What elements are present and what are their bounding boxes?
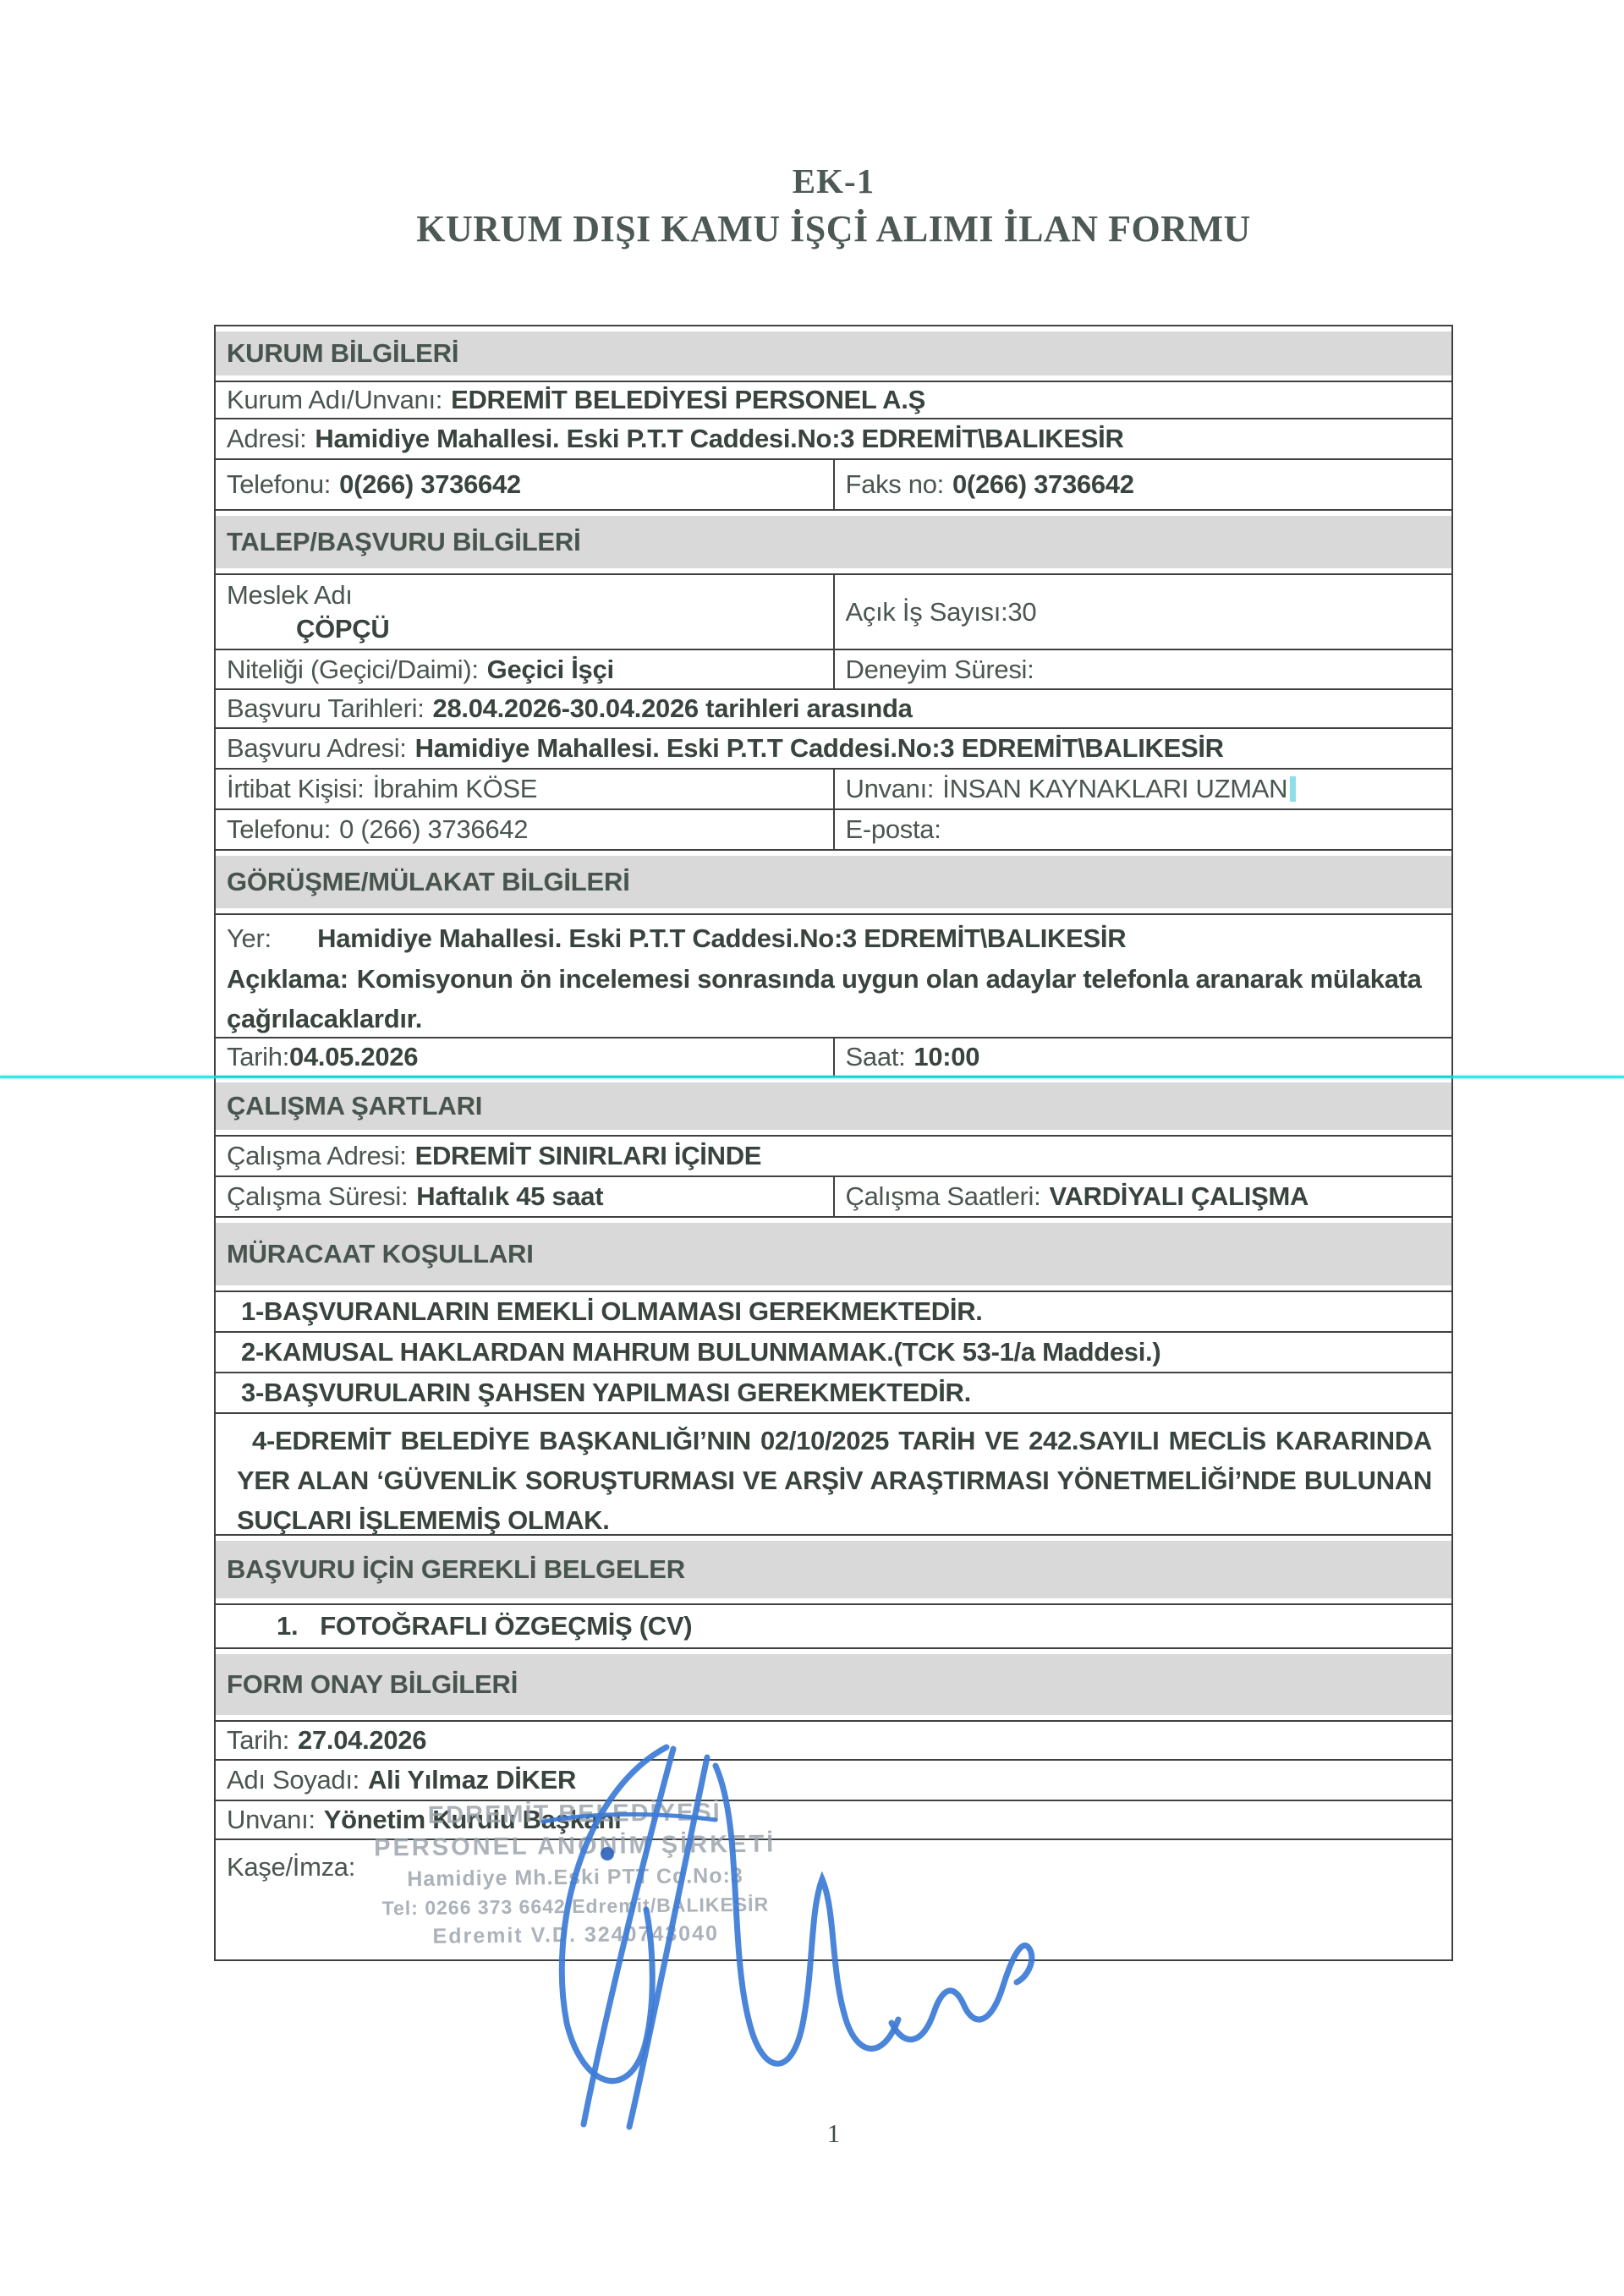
section-header-talep-basvuru: TALEP/BAŞVURU BİLGİLERİ: [216, 509, 1451, 573]
stamp-line: PERSONEL ANONİM ŞİRKETİ: [312, 1827, 837, 1865]
row-kurum-adi: Kurum Adı/Unvanı: EDREMİT BELEDİYESİ PER…: [216, 381, 1451, 418]
deneyim-label: Deneyim Süresi:: [846, 655, 1034, 685]
scan-artifact-caret: [1290, 776, 1296, 802]
row-muracaat-item-4: 4-EDREMİT BELEDİYE BAŞKANLIĞI’NIN 02/10/…: [216, 1412, 1451, 1534]
form-table: KURUM BİLGİLERİ Kurum Adı/Unvanı: EDREMİ…: [214, 325, 1453, 1961]
section-title: KURUM BİLGİLERİ: [227, 338, 458, 369]
telefon-label: Telefonu:: [227, 814, 331, 845]
row-adi-soyadi: Adı Soyadı: Ali Yılmaz DİKER: [216, 1759, 1451, 1800]
section-header-muracaat: MÜRACAAT KOŞULLARI: [216, 1216, 1451, 1290]
row-onay-tarih: Tarih: 27.04.2026: [216, 1720, 1451, 1759]
form-code-title: EK-1: [214, 161, 1453, 201]
calisma-saatleri-label: Çalışma Saatleri:: [846, 1181, 1041, 1212]
niteligi-value: Geçici İşçi: [487, 655, 614, 685]
section-header-kurum-bilgileri: KURUM BİLGİLERİ: [216, 326, 1451, 381]
stamp-line: Tel: 0266 373 6642 Edremit/BALIKESİR: [313, 1890, 837, 1923]
calisma-adresi-label: Çalışma Adresi:: [227, 1141, 407, 1171]
row-telefon-eposta: Telefonu: 0 (266) 3736642 E-posta:: [216, 808, 1451, 849]
basvuru-adresi-value: Hamidiye Mahallesi. Eski P.T.T Caddesi.N…: [415, 733, 1224, 764]
basvuru-tarihleri-label: Başvuru Tarihleri:: [227, 693, 425, 724]
row-telefon-faks: Telefonu: 0(266) 3736642 Faks no: 0(266)…: [216, 458, 1451, 509]
basvuru-adresi-label: Başvuru Adresi:: [227, 733, 407, 764]
row-basvuru-adresi: Başvuru Adresi: Hamidiye Mahallesi. Eski…: [216, 727, 1451, 768]
telefonu-value: 0(266) 3736642: [339, 469, 521, 500]
belge-item-number: 1.: [277, 1611, 298, 1641]
section-title: BAŞVURU İÇİN GEREKLİ BELGELER: [227, 1554, 685, 1585]
telefon-value: 0 (266) 3736642: [339, 814, 528, 845]
row-basvuru-tarihleri: Başvuru Tarihleri: 28.04.2026-30.04.2026…: [216, 688, 1451, 727]
section-header-form-onay: FORM ONAY BİLGİLERİ: [216, 1647, 1451, 1720]
company-stamp: EDREMİT BELEDİYESİ PERSONEL ANONİM ŞİRKE…: [312, 1795, 838, 1952]
row-muracaat-item-1: 1-BAŞVURANLARIN EMEKLİ OLMAMASI GEREKMEK…: [216, 1290, 1451, 1331]
row-niteligi-deneyim: Niteliği (Geçici/Daimi): Geçici İşçi Den…: [216, 649, 1451, 688]
adi-soyadi-value: Ali Yılmaz DİKER: [368, 1765, 576, 1795]
unvan-label: Unvanı:: [846, 774, 935, 804]
niteligi-label: Niteliği (Geçici/Daimi):: [227, 655, 479, 685]
unvan-value: İNSAN KAYNAKLARI UZMANI: [942, 774, 1294, 804]
section-title: ÇALIŞMA ŞARTLARI: [227, 1091, 482, 1121]
faks-label: Faks no:: [846, 469, 944, 500]
stamp-line: Edremit V.D. 3240743040: [314, 1918, 838, 1952]
faks-value: 0(266) 3736642: [952, 469, 1134, 500]
row-adresi: Adresi: Hamidiye Mahallesi. Eski P.T.T C…: [216, 418, 1451, 458]
yer-label: Yer:: [227, 923, 272, 953]
aciklama-label: Açıklama:: [227, 964, 348, 994]
row-irtibat-unvan: İrtibat Kişisi: İbrahim KÖSE Unvanı: İNS…: [216, 768, 1451, 808]
onay-tarih-label: Tarih:: [227, 1725, 289, 1756]
adi-soyadi-label: Adı Soyadı:: [227, 1765, 359, 1795]
row-tarih-saat: Tarih: 04.05.2026 Saat: 10:00: [216, 1037, 1451, 1076]
section-title: GÖRÜŞME/MÜLAKAT BİLGİLERİ: [227, 867, 630, 897]
stamp-line: EDREMİT BELEDİYESİ: [312, 1795, 837, 1833]
row-calisma-suresi-saatleri: Çalışma Süresi: Haftalık 45 saat Çalışma…: [216, 1175, 1451, 1216]
kurum-adi-label: Kurum Adı/Unvanı:: [227, 385, 442, 415]
section-title: FORM ONAY BİLGİLERİ: [227, 1669, 518, 1700]
row-yer-aciklama: Yer: Hamidiye Mahallesi. Eski P.T.T Cadd…: [216, 913, 1451, 1037]
onay-unvani-label: Unvanı:: [227, 1805, 315, 1835]
row-calisma-adresi: Çalışma Adresi: EDREMİT SINIRLARI İÇİNDE: [216, 1135, 1451, 1175]
meslek-adi-label: Meslek Adı: [227, 580, 822, 611]
section-header-belgeler: BAŞVURU İÇİN GEREKLİ BELGELER: [216, 1534, 1451, 1603]
basvuru-tarihleri-value: 28.04.2026-30.04.2026 tarihleri arasında: [433, 693, 913, 724]
muracaat-item-text: 2-KAMUSAL HAKLARDAN MAHRUM BULUNMAMAK.(T…: [241, 1337, 1160, 1367]
section-header-calisma-sartlari: ÇALIŞMA ŞARTLARI: [216, 1076, 1451, 1135]
acik-is-value: 30: [1007, 597, 1036, 627]
gorusme-tarih-label: Tarih:: [227, 1042, 289, 1072]
aciklama-value: Komisyonun ön incelemesi sonrasında uygu…: [227, 964, 1422, 1033]
gorusme-tarih-value: 04.05.2026: [289, 1042, 418, 1072]
belge-item-text: FOTOĞRAFLI ÖZGEÇMİŞ (CV): [320, 1611, 692, 1641]
saat-label: Saat:: [846, 1042, 906, 1072]
row-muracaat-item-2: 2-KAMUSAL HAKLARDAN MAHRUM BULUNMAMAK.(T…: [216, 1331, 1451, 1372]
calisma-suresi-value: Haftalık 45 saat: [416, 1181, 603, 1212]
row-muracaat-item-3: 3-BAŞVURULARIN ŞAHSEN YAPILMASI GEREKMEK…: [216, 1372, 1451, 1412]
adresi-label: Adresi:: [227, 424, 306, 454]
section-title: MÜRACAAT KOŞULLARI: [227, 1239, 534, 1269]
kurum-adi-value: EDREMİT BELEDİYESİ PERSONEL A.Ş: [451, 385, 925, 415]
eposta-label: E-posta:: [846, 814, 941, 845]
form-main-title: KURUM DIŞI KAMU İŞÇİ ALIMI İLAN FORMU: [214, 207, 1453, 250]
saat-value: 10:00: [913, 1042, 979, 1072]
calisma-adresi-value: EDREMİT SINIRLARI İÇİNDE: [415, 1141, 762, 1171]
row-belge-item-1: 1. FOTOĞRAFLI ÖZGEÇMİŞ (CV): [216, 1603, 1451, 1647]
page-number: 1: [214, 2118, 1453, 2149]
section-title: TALEP/BAŞVURU BİLGİLERİ: [227, 527, 581, 557]
muracaat-item-text: 4-EDREMİT BELEDİYE BAŞKANLIĞI’NIN 02/10/…: [227, 1414, 1440, 1547]
muracaat-item-text: 3-BAŞVURULARIN ŞAHSEN YAPILMASI GEREKMEK…: [241, 1378, 971, 1408]
document-titles: EK-1 KURUM DIŞI KAMU İŞÇİ ALIMI İLAN FOR…: [214, 161, 1453, 250]
row-meslek-acik-is: Meslek Adı ÇÖPÇÜ Açık İş Sayısı: 30: [216, 573, 1451, 649]
irtibat-value: İbrahim KÖSE: [373, 774, 538, 804]
section-header-gorusme: GÖRÜŞME/MÜLAKAT BİLGİLERİ: [216, 849, 1451, 913]
scan-artifact-cyan-line: [0, 1076, 1624, 1078]
adresi-value: Hamidiye Mahallesi. Eski P.T.T Caddesi.N…: [315, 424, 1123, 454]
yer-value: Hamidiye Mahallesi. Eski P.T.T Caddesi.N…: [317, 923, 1126, 953]
telefonu-label: Telefonu:: [227, 469, 331, 500]
calisma-suresi-label: Çalışma Süresi:: [227, 1181, 408, 1212]
scanned-form-page: EK-1 KURUM DIŞI KAMU İŞÇİ ALIMI İLAN FOR…: [0, 0, 1624, 2296]
muracaat-item-text: 1-BAŞVURANLARIN EMEKLİ OLMAMASI GEREKMEK…: [241, 1296, 983, 1327]
calisma-saatleri-value: VARDİYALI ÇALIŞMA: [1049, 1181, 1309, 1212]
irtibat-label: İrtibat Kişisi:: [227, 774, 365, 804]
onay-tarih-value: 27.04.2026: [298, 1725, 426, 1756]
acik-is-label: Açık İş Sayısı:: [846, 597, 1008, 627]
meslek-adi-value: ÇÖPÇÜ: [296, 614, 822, 644]
